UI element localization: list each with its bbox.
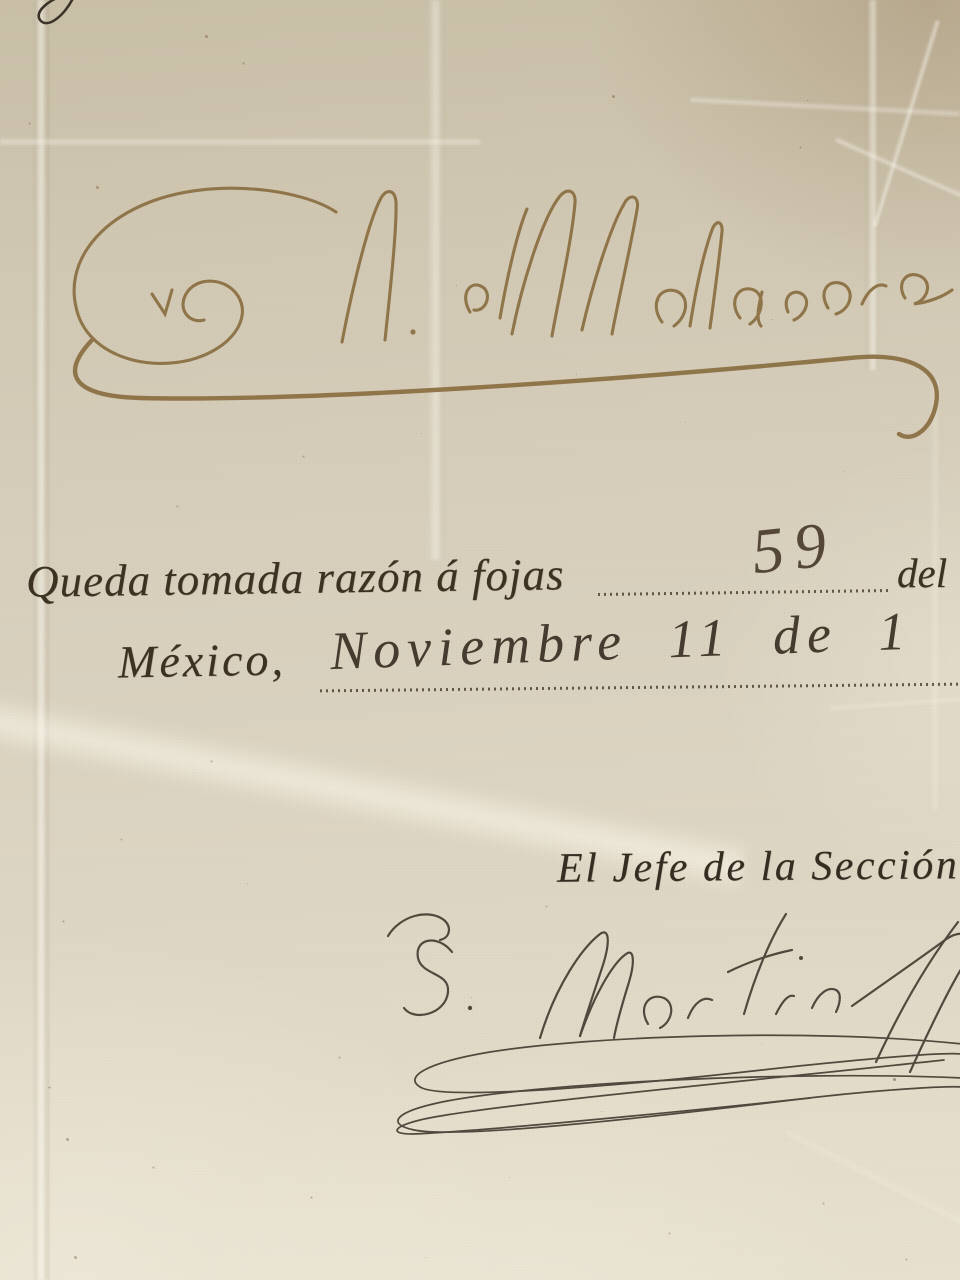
foxing-spots	[0, 0, 3, 3]
cut-off-pen-stroke	[39, 0, 74, 23]
paper-crease-corner-fold-1	[872, 20, 942, 228]
handwritten-fojas-number: 59	[749, 512, 839, 584]
paper-crease-vertical-right	[866, 0, 879, 370]
printed-registry-text: Queda tomada razón á fojas	[26, 552, 565, 605]
paper-crease-top-right	[690, 95, 960, 118]
dotted-fill-line-date	[320, 683, 960, 693]
paper-crease-mid-right	[830, 695, 960, 713]
signature-top-aldasoro	[74, 188, 952, 437]
paper-crease-corner-fold-2	[834, 137, 960, 235]
printed-place-label: México,	[118, 637, 287, 686]
photographed-document: Queda tomada razón á fojas 59 del México…	[0, 0, 960, 1280]
paper-crease-vertical-center	[428, 0, 444, 560]
paper-crease-horizontal-top	[0, 136, 480, 147]
paper-crease-vertical-left	[34, 0, 50, 1280]
signature-bottom-martinez	[388, 914, 960, 1134]
printed-registry-suffix: del	[897, 553, 947, 594]
paper-crease-bottom-right	[783, 1129, 960, 1263]
dotted-fill-line-fojas	[598, 589, 890, 596]
handwritten-date: Noviembre 11 de 1	[329, 604, 913, 678]
printed-official-title: El Jefe de la Sección	[557, 844, 960, 890]
